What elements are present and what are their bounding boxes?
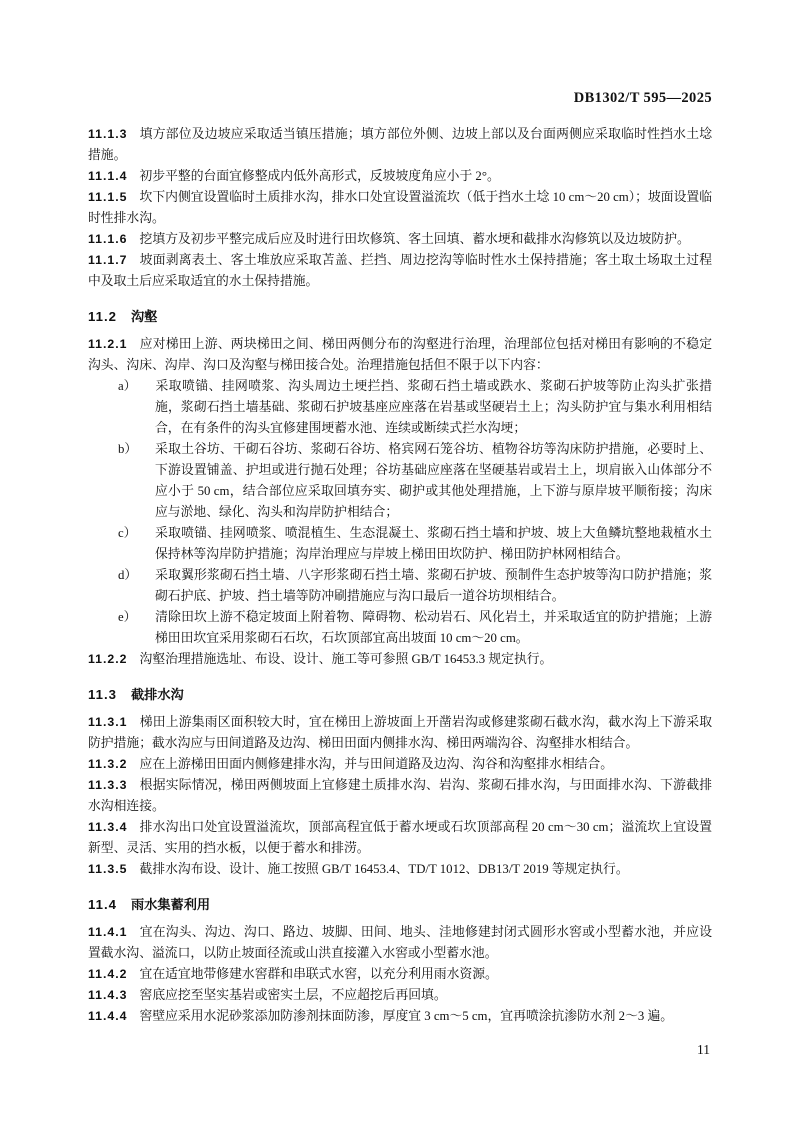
clause-text: 梯田上游集雨区面积较大时，宜在梯田上游坡面上开凿岩沟或修建浆砌石截水沟，截水沟上… (88, 715, 712, 750)
clause-text: 根据实际情况，梯田两侧坡面上宜修建土质排水沟、岩沟、浆砌石排水沟，与田面排水沟、… (88, 778, 712, 813)
clause-paragraph: 11.1.3填方部位及边坡应采取适当镇压措施；填方部位外侧、边坡上部以及台面两侧… (88, 124, 712, 166)
lettered-list-item: d）采取翼形浆砌石挡土墙、八字形浆砌石挡土墙、浆砌石护坡、预制件生态护坡等沟口防… (88, 565, 712, 607)
list-item-text: 采取喷锚、挂网喷浆、沟头周边土埂拦挡、浆砌石挡土墙或跌水、浆砌石护坡等防止沟头扩… (155, 379, 712, 435)
document-code-header: DB1302/T 595—2025 (88, 90, 712, 107)
section-title: 截排水沟 (131, 687, 184, 702)
clause-text: 窖壁应采用水泥砂浆添加防渗剂抹面防渗，厚度宜 3 cm～5 cm，宜再喷涂抗渗防… (140, 1009, 674, 1023)
clause-text: 沟壑治理措施选址、布设、设计、施工等可参照 GB/T 16453.3 规定执行。 (140, 652, 553, 666)
clause-number: 11.1.4 (88, 169, 128, 183)
clause-number: 11.4.2 (88, 967, 128, 981)
lettered-list-item: a）采取喷锚、挂网喷浆、沟头周边土埂拦挡、浆砌石挡土墙或跌水、浆砌石护坡等防止沟… (88, 376, 712, 439)
clause-paragraph: 11.3.3根据实际情况，梯田两侧坡面上宜修建土质排水沟、岩沟、浆砌石排水沟，与… (88, 775, 712, 817)
clause-number: 11.3.2 (88, 757, 128, 771)
clause-number: 11.2.2 (88, 652, 128, 666)
clause-number: 11.2.1 (88, 337, 128, 351)
clause-text: 应对梯田上游、两块梯田之间、梯田两侧分布的沟壑进行治理，治理部位包括对梯田有影响… (88, 337, 712, 372)
section-heading: 11.3截排水沟 (88, 684, 712, 705)
clause-text: 坎下内侧宜设置临时土质排水沟，排水口处宜设置溢流坎（低于挡水土埝 10 cm～2… (88, 190, 712, 225)
lettered-list-item: e）清除田坎上游不稳定坡面上附着物、障碍物、松动岩石、风化岩土，并采取适宜的防护… (88, 607, 712, 649)
clause-text: 应在上游梯田田面内侧修建排水沟，并与田间道路及边沟、沟谷和沟壑排水相结合。 (140, 757, 613, 771)
clause-number: 11.4.1 (88, 925, 128, 939)
clause-number: 11.1.7 (88, 253, 128, 267)
clause-number: 11.3.4 (88, 820, 128, 834)
clause-number: 11.4.3 (88, 988, 128, 1002)
clause-paragraph: 11.3.5截排水沟布设、设计、施工按照 GB/T 16453.4、TD/T 1… (88, 859, 712, 880)
clause-paragraph: 11.2.1应对梯田上游、两块梯田之间、梯田两侧分布的沟壑进行治理，治理部位包括… (88, 334, 712, 376)
clause-paragraph: 11.4.3窖底应挖至坚实基岩或密实土层，不应超挖后再回填。 (88, 985, 712, 1006)
list-item-label: e） (118, 607, 155, 628)
list-item-label: d） (118, 565, 155, 586)
clause-paragraph: 11.4.1宜在沟头、沟边、沟口、路边、坡脚、田间、地头、洼地修建封闭式圆形水窖… (88, 922, 712, 964)
clause-paragraph: 11.1.4初步平整的台面宜修整成内低外高形式，反坡坡度角应小于 2°。 (88, 166, 712, 187)
clause-number: 11.1.5 (88, 190, 128, 204)
clause-number: 11.4.4 (88, 1009, 128, 1023)
lettered-list-item: b）采取土谷坊、干砌石谷坊、浆砌石谷坊、格宾网石笼谷坊、植物谷坊等沟床防护措施，… (88, 439, 712, 523)
clause-paragraph: 11.3.4排水沟出口处宜设置溢流坎，顶部高程宜低于蓄水埂或石坎顶部高程 20 … (88, 817, 712, 859)
section-title: 雨水集蓄利用 (131, 897, 210, 912)
document-page: DB1302/T 595—2025 11.1.3填方部位及边坡应采取适当镇压措施… (0, 0, 794, 1123)
clause-paragraph: 11.4.4窖壁应采用水泥砂浆添加防渗剂抹面防渗，厚度宜 3 cm～5 cm，宜… (88, 1006, 712, 1027)
clause-text: 截排水沟布设、设计、施工按照 GB/T 16453.4、TD/T 1012、DB… (140, 862, 629, 876)
clause-number: 11.1.3 (88, 127, 128, 141)
clause-paragraph: 11.3.1梯田上游集雨区面积较大时，宜在梯田上游坡面上开凿岩沟或修建浆砌石截水… (88, 712, 712, 754)
clause-text: 填方部位及边坡应采取适当镇压措施；填方部位外侧、边坡上部以及台面两侧应采取临时性… (88, 127, 712, 162)
list-item-label: a） (118, 376, 155, 397)
page-number: 11 (88, 1042, 710, 1058)
clause-text: 宜在沟头、沟边、沟口、路边、坡脚、田间、地头、洼地修建封闭式圆形水窖或小型蓄水池… (88, 925, 712, 960)
clause-paragraph: 11.1.5坎下内侧宜设置临时土质排水沟，排水口处宜设置溢流坎（低于挡水土埝 1… (88, 187, 712, 229)
clause-text: 初步平整的台面宜修整成内低外高形式，反坡坡度角应小于 2°。 (140, 169, 500, 183)
clause-text: 挖填方及初步平整完成后应及时进行田坎修筑、客土回填、蓄水埂和截排水沟修筑以及边坡… (140, 232, 690, 246)
section-heading: 11.4雨水集蓄利用 (88, 894, 712, 915)
section-number: 11.4 (88, 897, 117, 912)
section-number: 11.3 (88, 687, 117, 702)
clause-number: 11.1.6 (88, 232, 128, 246)
list-item-label: c） (118, 523, 155, 544)
clause-paragraph: 11.1.6挖填方及初步平整完成后应及时进行田坎修筑、客土回填、蓄水埂和截排水沟… (88, 229, 712, 250)
clause-text: 排水沟出口处宜设置溢流坎，顶部高程宜低于蓄水埂或石坎顶部高程 20 cm～30 … (88, 820, 712, 855)
list-item-text: 采取喷锚、挂网喷浆、喷混植生、生态混凝土、浆砌石挡土墙和护坡、坡上大鱼鳞坑整地栽… (155, 526, 712, 561)
clause-number: 11.3.1 (88, 715, 128, 729)
section-title: 沟壑 (131, 309, 157, 324)
clause-text: 宜在适宜地带修建水窖群和串联式水窖，以充分利用雨水资源。 (140, 967, 498, 981)
section-number: 11.2 (88, 309, 117, 324)
clause-paragraph: 11.1.7坡面剥离表土、客土堆放应采取苫盖、拦挡、周边挖沟等临时性水土保持措施… (88, 250, 712, 292)
clause-text: 窖底应挖至坚实基岩或密实土层，不应超挖后再回填。 (140, 988, 447, 1002)
list-item-text: 清除田坎上游不稳定坡面上附着物、障碍物、松动岩石、风化岩土，并采取适宜的防护措施… (155, 610, 712, 645)
clause-text: 坡面剥离表土、客土堆放应采取苫盖、拦挡、周边挖沟等临时性水土保持措施；客土取土场… (88, 253, 712, 288)
clause-paragraph: 11.4.2宜在适宜地带修建水窖群和串联式水窖，以充分利用雨水资源。 (88, 964, 712, 985)
section-heading: 11.2沟壑 (88, 306, 712, 327)
clause-paragraph: 11.2.2沟壑治理措施选址、布设、设计、施工等可参照 GB/T 16453.3… (88, 649, 712, 670)
list-item-text: 采取土谷坊、干砌石谷坊、浆砌石谷坊、格宾网石笼谷坊、植物谷坊等沟床防护措施，必要… (155, 442, 712, 519)
list-item-label: b） (118, 439, 155, 460)
document-body: 11.1.3填方部位及边坡应采取适当镇压措施；填方部位外侧、边坡上部以及台面两侧… (88, 124, 712, 1027)
clause-paragraph: 11.3.2应在上游梯田田面内侧修建排水沟，并与田间道路及边沟、沟谷和沟壑排水相… (88, 754, 712, 775)
clause-number: 11.3.5 (88, 862, 128, 876)
lettered-list-item: c）采取喷锚、挂网喷浆、喷混植生、生态混凝土、浆砌石挡土墙和护坡、坡上大鱼鳞坑整… (88, 523, 712, 565)
list-item-text: 采取翼形浆砌石挡土墙、八字形浆砌石挡土墙、浆砌石护坡、预制件生态护坡等沟口防护措… (155, 568, 712, 603)
clause-number: 11.3.3 (88, 778, 128, 792)
